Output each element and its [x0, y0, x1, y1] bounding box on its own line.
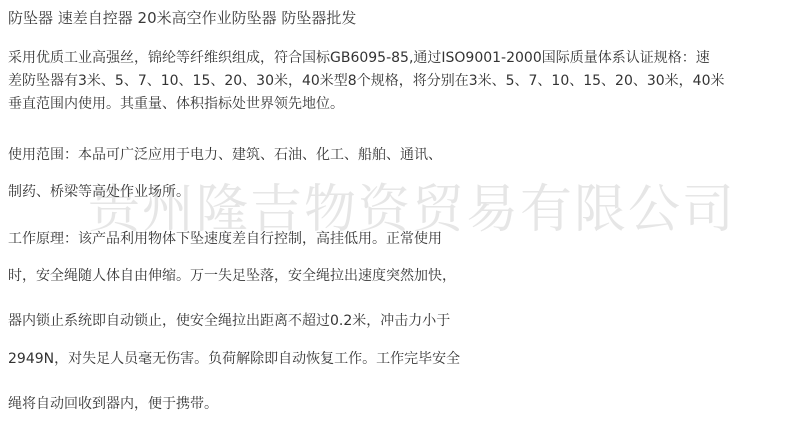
- usage-line-1: 使用范围：本品可广泛应用于电力、建筑、石油、化工、船舶、通讯、: [8, 145, 442, 165]
- product-title: 防坠器 速差自控器 20米高空作业防坠器 防坠器批发: [8, 8, 356, 28]
- intro-line-2: 差防坠器有3米、5、7、10、15、20、30米，40米型8个规格，将分别在3米…: [8, 71, 725, 91]
- intro-line-1: 采用优质工业高强丝，锦纶等纤维织组成，符合国标GB6095-85,通过ISO90…: [8, 48, 710, 68]
- principle-line-3: 器内锁止系统即自动锁止，使安全绳拉出距离不超过0.2米，冲击力小于: [8, 311, 450, 331]
- principle-line-5: 绳将自动回收到器内，便于携带。: [8, 394, 218, 414]
- principle-line-1: 工作原理：该产品利用物体下坠速度差自行控制，高挂低用。正常使用: [8, 229, 442, 249]
- intro-line-3: 垂直范围内使用。其重量、体积指标处世界领先地位。: [8, 94, 344, 114]
- principle-line-2: 时，安全绳随人体自由伸缩。万一失足坠落，安全绳拉出速度突然加快，: [8, 266, 456, 286]
- usage-line-2: 制药、桥梁等高处作业场所。: [8, 182, 190, 202]
- principle-line-4: 2949N，对失足人员毫无伤害。负荷解除即自动恢复工作。工作完毕安全: [8, 349, 460, 369]
